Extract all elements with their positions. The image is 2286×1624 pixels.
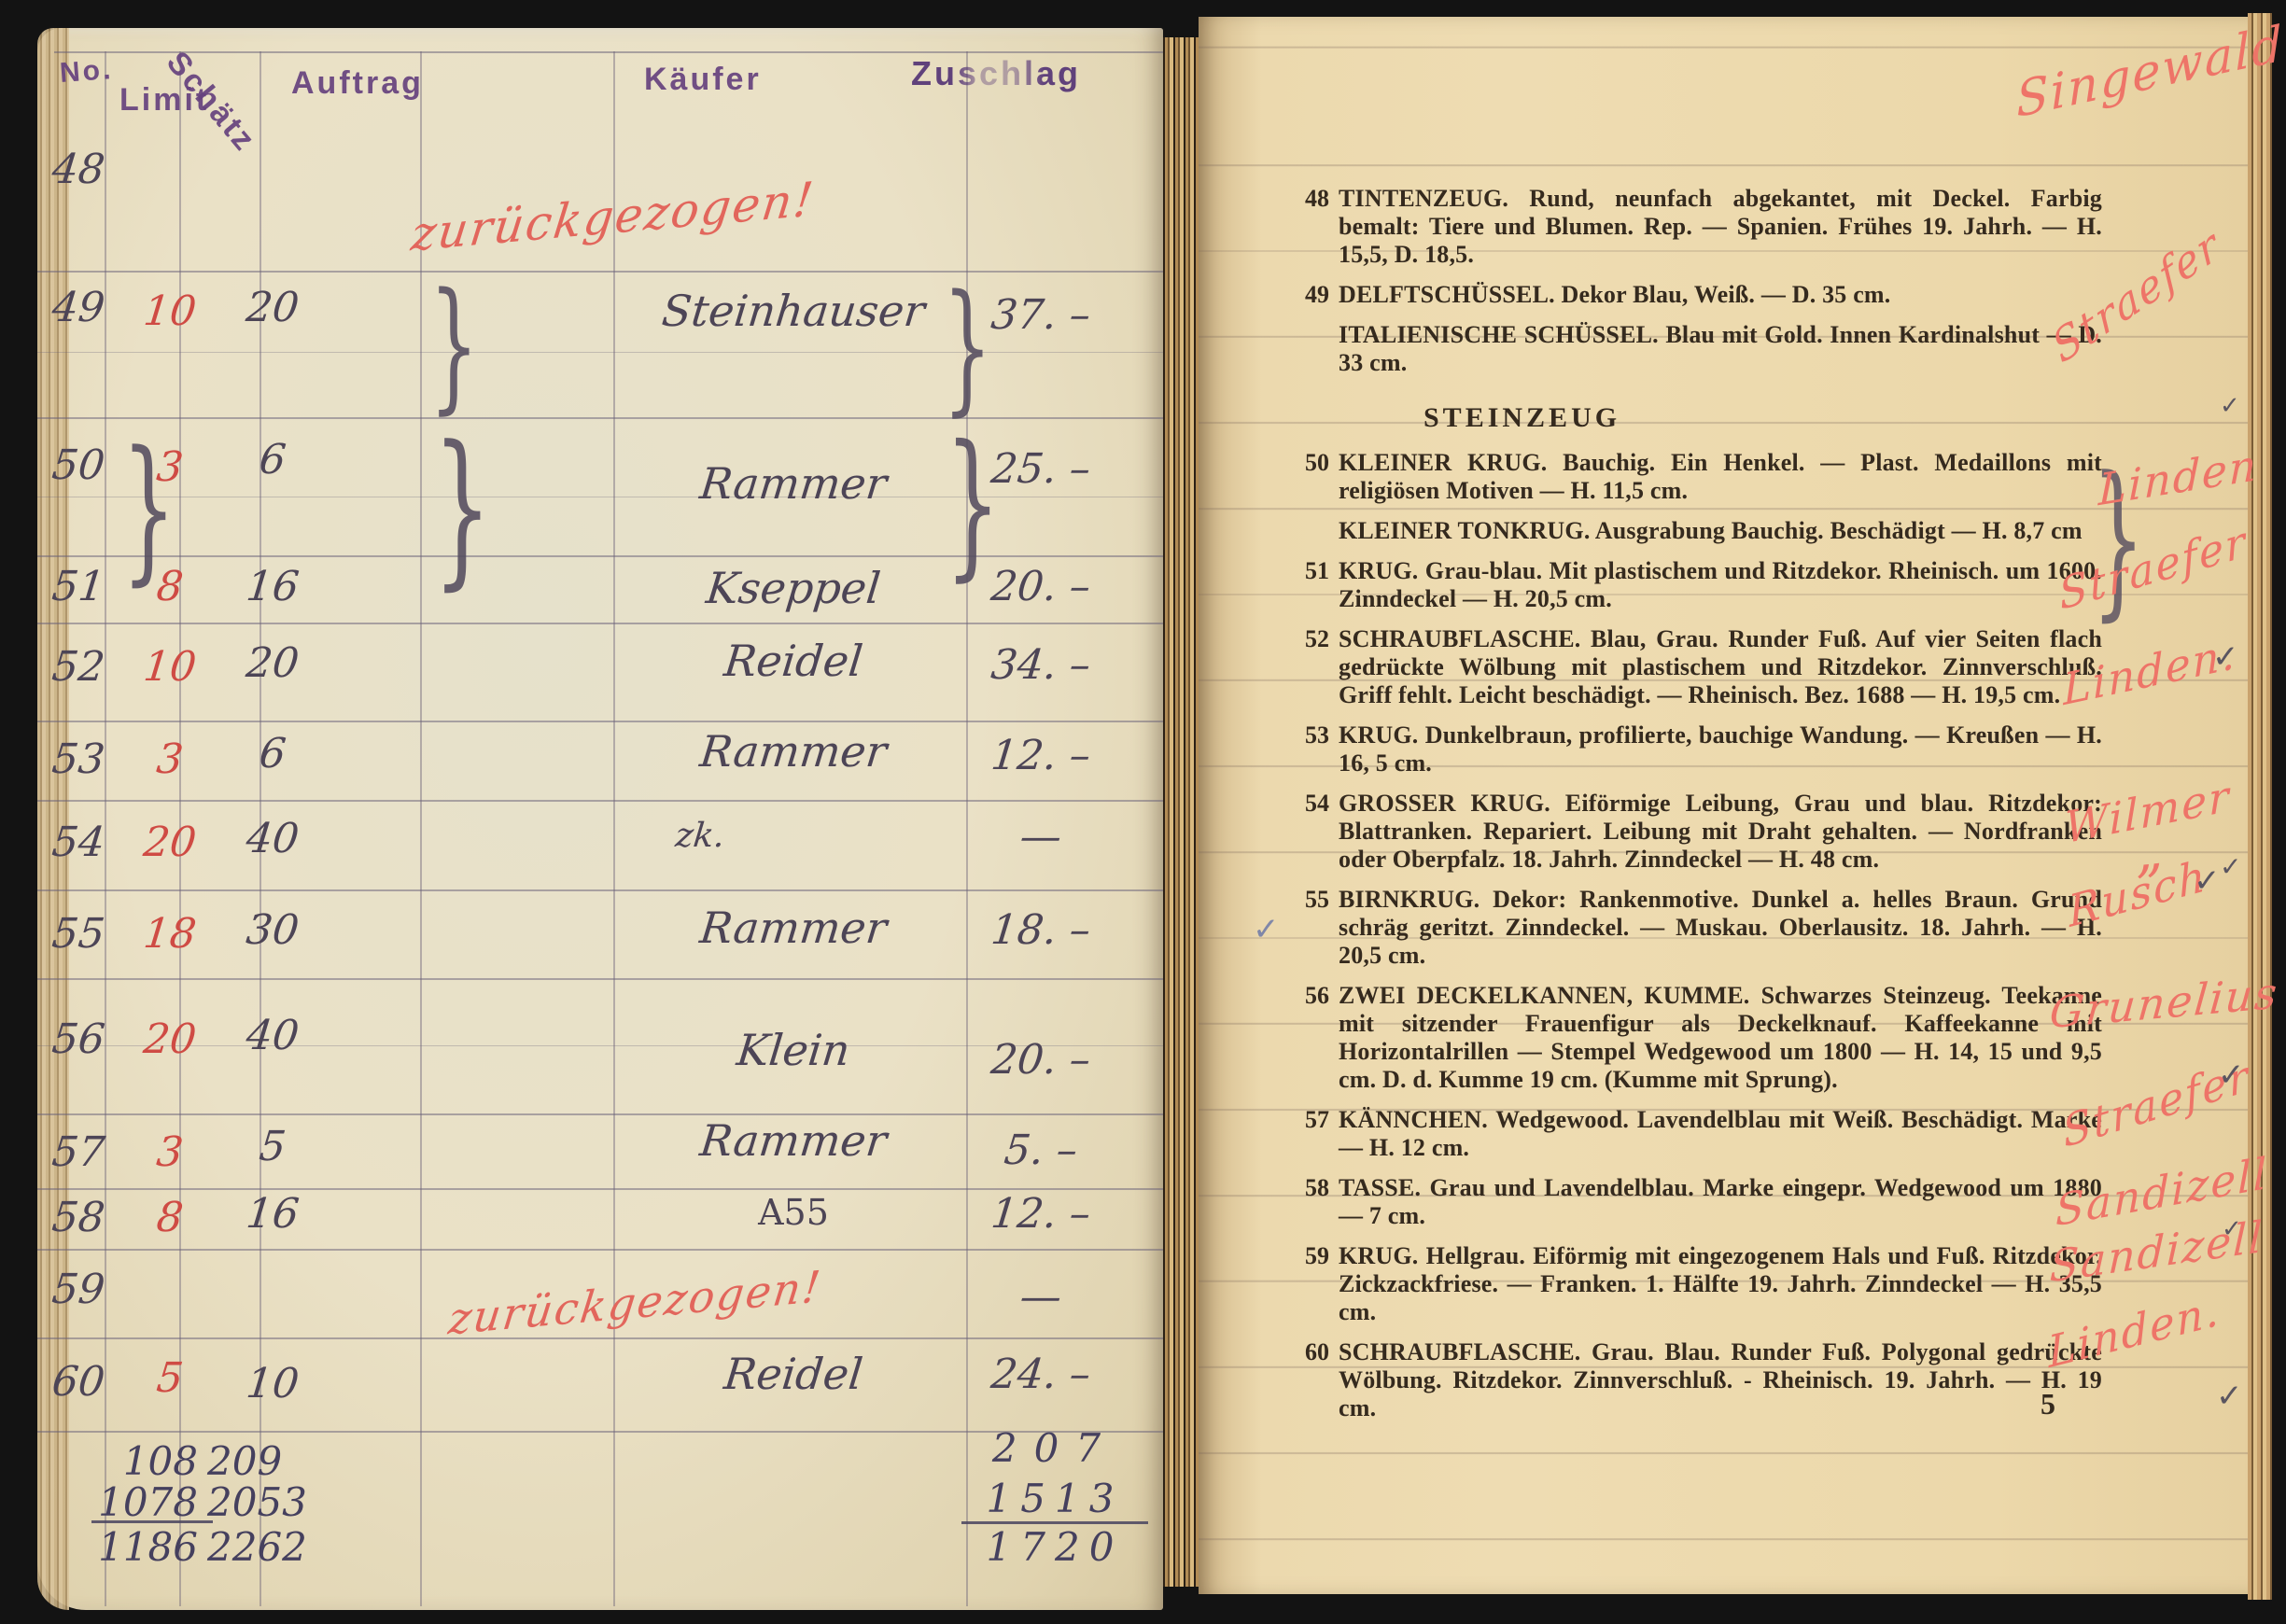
limit-value: 18	[113, 910, 226, 958]
ledger-row-54: 54 20 40 zk. —	[37, 800, 1163, 891]
ledger-page: No. Limit Schätz Auftrag Käufer Zuschlag…	[37, 28, 1163, 1610]
lot-number: 57	[49, 1128, 108, 1176]
entry-text: SCHRAUBFLASCHE. Grau. Blau. Runder Fuß. …	[1339, 1338, 2102, 1422]
lot-number: 56	[49, 1015, 108, 1063]
entry-number: 49	[1288, 281, 1329, 309]
withdrawn-note: zurückgezogen!	[409, 158, 974, 261]
section-heading-row: STEINZEUG	[1288, 389, 2102, 449]
sum-rule	[91, 1520, 213, 1523]
catalog-entry-56: 56 ZWEI DECKELKANNEN, KUMME. Schwarzes S…	[1288, 982, 2102, 1094]
hammer-price: 5. –	[971, 1127, 1110, 1174]
schatz-total: 2053	[207, 1479, 319, 1525]
catalog-entry-55: 55 BIRNKRUG. Dekor: Rankenmotive. Dunkel…	[1288, 886, 2102, 970]
lot-number: 53	[49, 735, 108, 783]
table-top-rule	[54, 51, 1163, 53]
limit-total: 1078	[95, 1479, 198, 1525]
entry-number: 50	[1288, 449, 1329, 505]
right-page-stack-edge	[2248, 13, 2272, 1600]
entry-number: 56	[1288, 982, 1329, 1094]
catalog-entry-50b: KLEINER TONKRUG. Ausgrabung Bauchig. Bes…	[1288, 517, 2102, 545]
entry-text: KÄNNCHEN. Wedgewood. Lavendelblau mit We…	[1339, 1106, 2102, 1162]
checkmark-icon: ✓	[2220, 851, 2241, 882]
entry-number	[1288, 517, 1329, 545]
schatz-value: 5	[217, 1123, 327, 1170]
schatz-value: 40	[217, 1012, 327, 1059]
buyer-name: Rammer	[604, 726, 983, 777]
ledger-row-56: 56 20 40 Klein 20. –	[37, 978, 1163, 1115]
schatz-value: 30	[217, 906, 327, 954]
limit-value: 20	[113, 819, 226, 866]
catalog-entry-50: 50 KLEINER KRUG. Bauchig. Ein Henkel. — …	[1288, 449, 2102, 505]
limit-total: 108	[95, 1438, 198, 1484]
catalog-entry-49: 49 DELFTSCHÜSSEL. Dekor Blau, Weiß. — D.…	[1288, 281, 2102, 309]
entry-text: ITALIENISCHE SCHÜSSEL. Blau mit Gold. In…	[1339, 321, 2102, 377]
header-zuschlag: Zuschlag	[911, 54, 1081, 93]
lot-number: 48	[49, 146, 108, 193]
entry-text: SCHRAUBFLASCHE. Blau, Grau. Runder Fuß. …	[1339, 625, 2102, 709]
schatz-value: 16	[217, 563, 327, 610]
schatz-value: 40	[217, 815, 327, 862]
limit-value: 8	[113, 1194, 226, 1241]
limit-value: 10	[113, 643, 226, 691]
catalog-entry-49b: ITALIENISCHE SCHÜSSEL. Blau mit Gold. In…	[1288, 321, 2102, 377]
entry-text: TASSE. Grau und Lavendelblau. Marke eing…	[1339, 1174, 2102, 1230]
page-number: 5	[2020, 1387, 2076, 1421]
limit-grand-total: 1186	[95, 1524, 198, 1570]
schatz-value: 6	[217, 436, 327, 483]
scanned-auction-ledger-spread: No. Limit Schätz Auftrag Käufer Zuschlag…	[0, 0, 2286, 1624]
entry-number	[1288, 321, 1329, 377]
entry-number: 51	[1288, 557, 1329, 613]
limit-value: 3	[113, 1128, 226, 1176]
hammer-price: 12. –	[971, 732, 1110, 779]
schatz-value: 20	[217, 639, 327, 687]
buyer-name: A55	[607, 1192, 980, 1233]
catalog-entry-57: 57 KÄNNCHEN. Wedgewood. Lavendelblau mit…	[1288, 1106, 2102, 1162]
entry-text: BIRNKRUG. Dekor: Rankenmotive. Dunkel a.…	[1339, 886, 2102, 970]
entry-text: DELFTSCHÜSSEL. Dekor Blau, Weiß. — D. 35…	[1339, 281, 2102, 309]
lot-number: 55	[49, 910, 108, 958]
withdrawn-note: zurückgezogen!	[446, 1244, 1010, 1344]
hammer-price: 12. –	[971, 1190, 1110, 1238]
ledger-row-57: 57 3 5 Rammer 5. –	[37, 1113, 1163, 1190]
header-no: No.	[59, 54, 115, 90]
checkmark-icon: ✓	[2220, 392, 2240, 420]
ledger-row-60: 60 5 10 Reidel 24. –	[37, 1337, 1163, 1433]
checkmark-icon: ✓	[2218, 1057, 2245, 1094]
zuschlag-grand-total: 1720	[966, 1524, 1143, 1570]
lot-number: 59	[49, 1266, 108, 1313]
ledger-row-53: 53 3 6 Rammer 12. –	[37, 721, 1163, 802]
entry-text: KLEINER TONKRUG. Ausgrabung Bauchig. Bes…	[1339, 517, 2102, 545]
grouping-brace: }	[429, 274, 479, 416]
buyer-name: Rammer	[604, 458, 983, 509]
catalog-entry-51: 51 KRUG. Grau-blau. Mit plastischem und …	[1288, 557, 2102, 613]
entry-number: 54	[1288, 790, 1329, 874]
ledger-row-52: 52 10 20 Reidel 34. –	[37, 623, 1163, 722]
checkmark-icon: ✓	[2194, 862, 2221, 900]
schatz-grand-total: 2262	[207, 1524, 319, 1570]
entry-number: 58	[1288, 1174, 1329, 1230]
ledger-row-55: 55 18 30 Rammer 18. –	[37, 889, 1163, 980]
entry-text: KRUG. Hellgrau. Eiförmig mit eingezogene…	[1339, 1242, 2102, 1326]
checkmark-icon: ✓	[1253, 911, 1280, 948]
hammer-price: 37. –	[971, 291, 1110, 339]
hammer-price: 20. –	[971, 1036, 1110, 1084]
limit-value: 3	[113, 443, 226, 491]
ledger-row-49: 49 10 20 } Steinhauser } 37. –	[37, 271, 1163, 419]
buyer-name: Reidel	[604, 636, 983, 686]
lot-number: 49	[49, 284, 108, 331]
section-heading: STEINZEUG	[1423, 404, 1620, 432]
entry-text: GROSSER KRUG. Eiförmige Leibung, Grau un…	[1339, 790, 2102, 874]
checkmark-icon: ✓	[2216, 1378, 2243, 1415]
entry-number: 55	[1288, 886, 1329, 970]
entry-number: 53	[1288, 721, 1329, 777]
faint-rule	[37, 352, 1163, 353]
catalog-entry-48: 48 TINTENZEUG. Rund, neunfach abgekantet…	[1288, 185, 2102, 269]
buyer-name: Steinhauser	[604, 286, 983, 336]
catalog-entry-60: 60 SCHRAUBFLASCHE. Grau. Blau. Runder Fu…	[1288, 1338, 2102, 1422]
hammer-price: —	[971, 1273, 1110, 1321]
schatz-total: 209	[207, 1438, 319, 1484]
catalog-page: 48 TINTENZEUG. Rund, neunfach abgekantet…	[1199, 17, 2248, 1594]
hammer-price: 20. –	[971, 563, 1110, 610]
catalog-entry-53: 53 KRUG. Dunkelbraun, profilierte, bauch…	[1288, 721, 2102, 777]
lot-number: 54	[49, 819, 108, 866]
entry-text: KRUG. Dunkelbraun, profilierte, bauchige…	[1339, 721, 2102, 777]
hammer-price: 34. –	[971, 641, 1110, 689]
ledger-row-59: 59 zurückgezogen! —	[37, 1249, 1163, 1339]
schatz-value: 16	[217, 1190, 327, 1238]
limit-value: 20	[113, 1015, 226, 1063]
lot-number: 52	[49, 643, 108, 691]
ledger-row-50: 50 } 3 6 } Rammer } 25. –	[37, 417, 1163, 557]
zuschlag-total: 1513	[966, 1476, 1143, 1521]
checkmark-icon: ✓	[2222, 1215, 2242, 1243]
hammer-price: 25. –	[971, 445, 1110, 493]
buyer-name: zk.	[633, 817, 767, 855]
schatz-value: 6	[217, 730, 327, 777]
lot-number: 50	[49, 441, 108, 489]
schatz-value: 10	[217, 1360, 327, 1407]
catalog-entries: 48 TINTENZEUG. Rund, neunfach abgekantet…	[1288, 185, 2102, 1435]
entry-number: 57	[1288, 1106, 1329, 1162]
catalog-entry-54: 54 GROSSER KRUG. Eiförmige Leibung, Grau…	[1288, 790, 2102, 874]
catalog-entry-59: 59 KRUG. Hellgrau. Eiförmig mit eingezog…	[1288, 1242, 2102, 1326]
catalog-entry-52: 52 SCHRAUBFLASCHE. Blau, Grau. Runder Fu…	[1288, 625, 2102, 709]
entry-text: TINTENZEUG. Rund, neunfach abgekantet, m…	[1339, 185, 2102, 269]
lot-number: 51	[49, 563, 108, 610]
limit-value: 10	[113, 287, 226, 335]
ledger-row-51: 51 8 16 Kseppel 20. –	[37, 555, 1163, 624]
ledger-row-58: 58 8 16 A55 12. –	[37, 1188, 1163, 1251]
buyer-name: Rammer	[604, 903, 983, 953]
limit-value: 3	[113, 735, 226, 783]
hammer-price: 24. –	[971, 1351, 1110, 1398]
checkmark-icon: ✓	[2212, 638, 2239, 676]
entry-text: ZWEI DECKELKANNEN, KUMME. Schwarzes Stei…	[1339, 982, 2102, 1094]
zuschlag-total: 207	[966, 1425, 1143, 1471]
entry-number: 48	[1288, 185, 1329, 269]
limit-value: 5	[113, 1354, 226, 1402]
ledger-totals: 108 1078 1186 209 2053 2262 207 1513 172…	[37, 1431, 1163, 1608]
catalog-entry-58: 58 TASSE. Grau und Lavendelblau. Marke e…	[1288, 1174, 2102, 1230]
hammer-price: 18. –	[971, 906, 1110, 954]
buyer-name: Klein	[604, 1025, 983, 1075]
header-auftrag: Auftrag	[291, 65, 424, 102]
header-kaufer: Käufer	[644, 62, 762, 98]
entry-number: 52	[1288, 625, 1329, 709]
lot-number: 58	[49, 1194, 108, 1241]
ledger-row-48: 48 zurückgezogen!	[37, 138, 1163, 273]
entry-text: KRUG. Grau-blau. Mit plastischem und Rit…	[1339, 557, 2102, 613]
entry-text: KLEINER KRUG. Bauchig. Ein Henkel. — Pla…	[1339, 449, 2102, 505]
hammer-price: —	[971, 813, 1110, 861]
entry-number: 60	[1288, 1338, 1329, 1422]
entry-number: 59	[1288, 1242, 1329, 1326]
lot-number: 60	[49, 1358, 108, 1406]
limit-value: 8	[113, 563, 226, 610]
buyer-name: Rammer	[604, 1115, 983, 1166]
buyer-name: Reidel	[604, 1349, 983, 1399]
schatz-value: 20	[217, 284, 327, 331]
buyer-name: Kseppel	[604, 563, 983, 613]
